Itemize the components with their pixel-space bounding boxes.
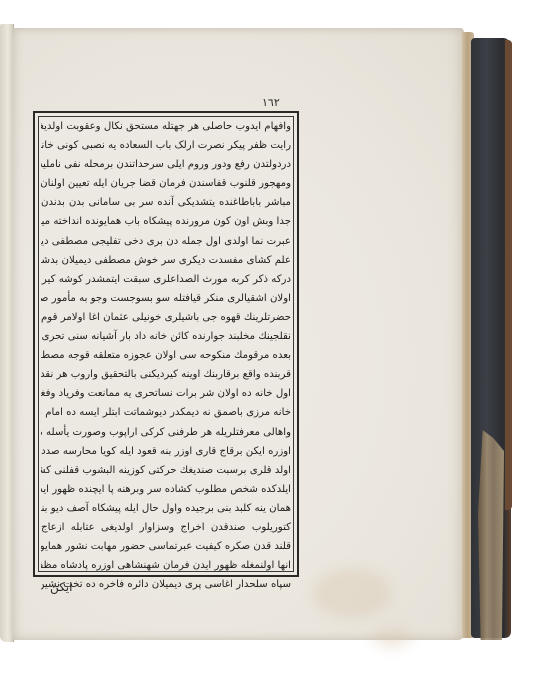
paper-stain xyxy=(372,628,412,648)
text-line: همان ینه کلبد بنی برجیده واول حال ایله پ… xyxy=(41,499,291,518)
text-line: خانه مرزی باصمق نه دیمکدر دیوشماتت ابتلر… xyxy=(41,403,291,422)
binding-turn-in xyxy=(505,40,512,510)
text-line: دردولتدن رفع ودور وروم ایلی سرحداتندن بر… xyxy=(41,155,291,174)
text-line: علم کشای مفسدت دیکری سر خوش مصطفی دیمیلا… xyxy=(41,251,291,270)
text-line: اوزره ایکن برقاج قاری اوزر بنه قعود ایله… xyxy=(41,442,291,461)
worn-binding-board xyxy=(478,430,504,640)
text-line: حضرتلرینك قهوه جی باشیلری خونیلی عثمان ا… xyxy=(41,308,291,327)
text-line: اولد قلری برسبت صندیغك حرکتی کوزینه البش… xyxy=(41,461,291,480)
text-line: انها اولنمغله ظهور ایدن فرمان شهنشاهی او… xyxy=(41,556,291,575)
page-number: ١٦٢ xyxy=(262,96,280,109)
text-line: وافهام ایدوب حاصلی هر جهتله مستحق نکال و… xyxy=(41,117,291,136)
text-line: درکه ذکر کربه مورث الصداعلری سبقت ایتمشد… xyxy=(41,270,291,289)
photo-scene: ١٦٢ وافهام ایدوب حاصلی هر جهتله مستحق نک… xyxy=(0,0,548,700)
text-frame: وافهام ایدوب حاصلی هر جهتله مستحق نکال و… xyxy=(33,111,299,577)
text-line: سپاه سلحدار اغاسی پری دیمیلان دائره فاخر… xyxy=(41,575,291,594)
text-line: واهالی معرفتلریله هر طرفنی کرکی اراپوب و… xyxy=(41,423,291,442)
text-line: ایلدکده شخص مطلوب کشاده سر وبرهنه پا ایچ… xyxy=(41,480,291,499)
text-line: عبرت نما اولدی اول جمله دن بری دخی تفلیج… xyxy=(41,232,291,251)
text-line: مباشر باباطاغنده یتشدیکی آنده سر بی ساما… xyxy=(41,193,291,212)
text-line: رایت ظفر پیکر نصرت ارلک باب السعاده یه ن… xyxy=(41,136,291,155)
text-line: نقلجینك مخلبند جوارنده کائن خانه داد بار… xyxy=(41,327,291,346)
catchword: ایکن xyxy=(50,580,72,594)
text-line: ومهجور قلنوب قفاسندن فرمان قضا جریان ایل… xyxy=(41,174,291,193)
text-line: اول خانه ده اولان شر برات نساتحری یه مما… xyxy=(41,384,291,403)
text-block: وافهام ایدوب حاصلی هر جهتله مستحق نکال و… xyxy=(41,117,291,594)
text-line: قلند قدن صکره کیفیت عبرتماسی حضور مهابت … xyxy=(41,537,291,556)
paper-stain xyxy=(312,568,392,618)
text-line: کتوریلوب صندقدن اخراج وسزاوار اولدیغی عت… xyxy=(41,518,291,537)
text-line: بعده مرقومك منکوحه سی اولان عجوزه متعلقه… xyxy=(41,346,291,365)
text-line: جدا وبش اون کون مرورنده پیشکاه باب همایو… xyxy=(41,212,291,231)
text-line: اولان اشقیالری منکر قیافتله سو بسوجست وج… xyxy=(41,289,291,308)
text-line: قربنده واقع برقاربنك اوینه کیردیکنی بالت… xyxy=(41,365,291,384)
